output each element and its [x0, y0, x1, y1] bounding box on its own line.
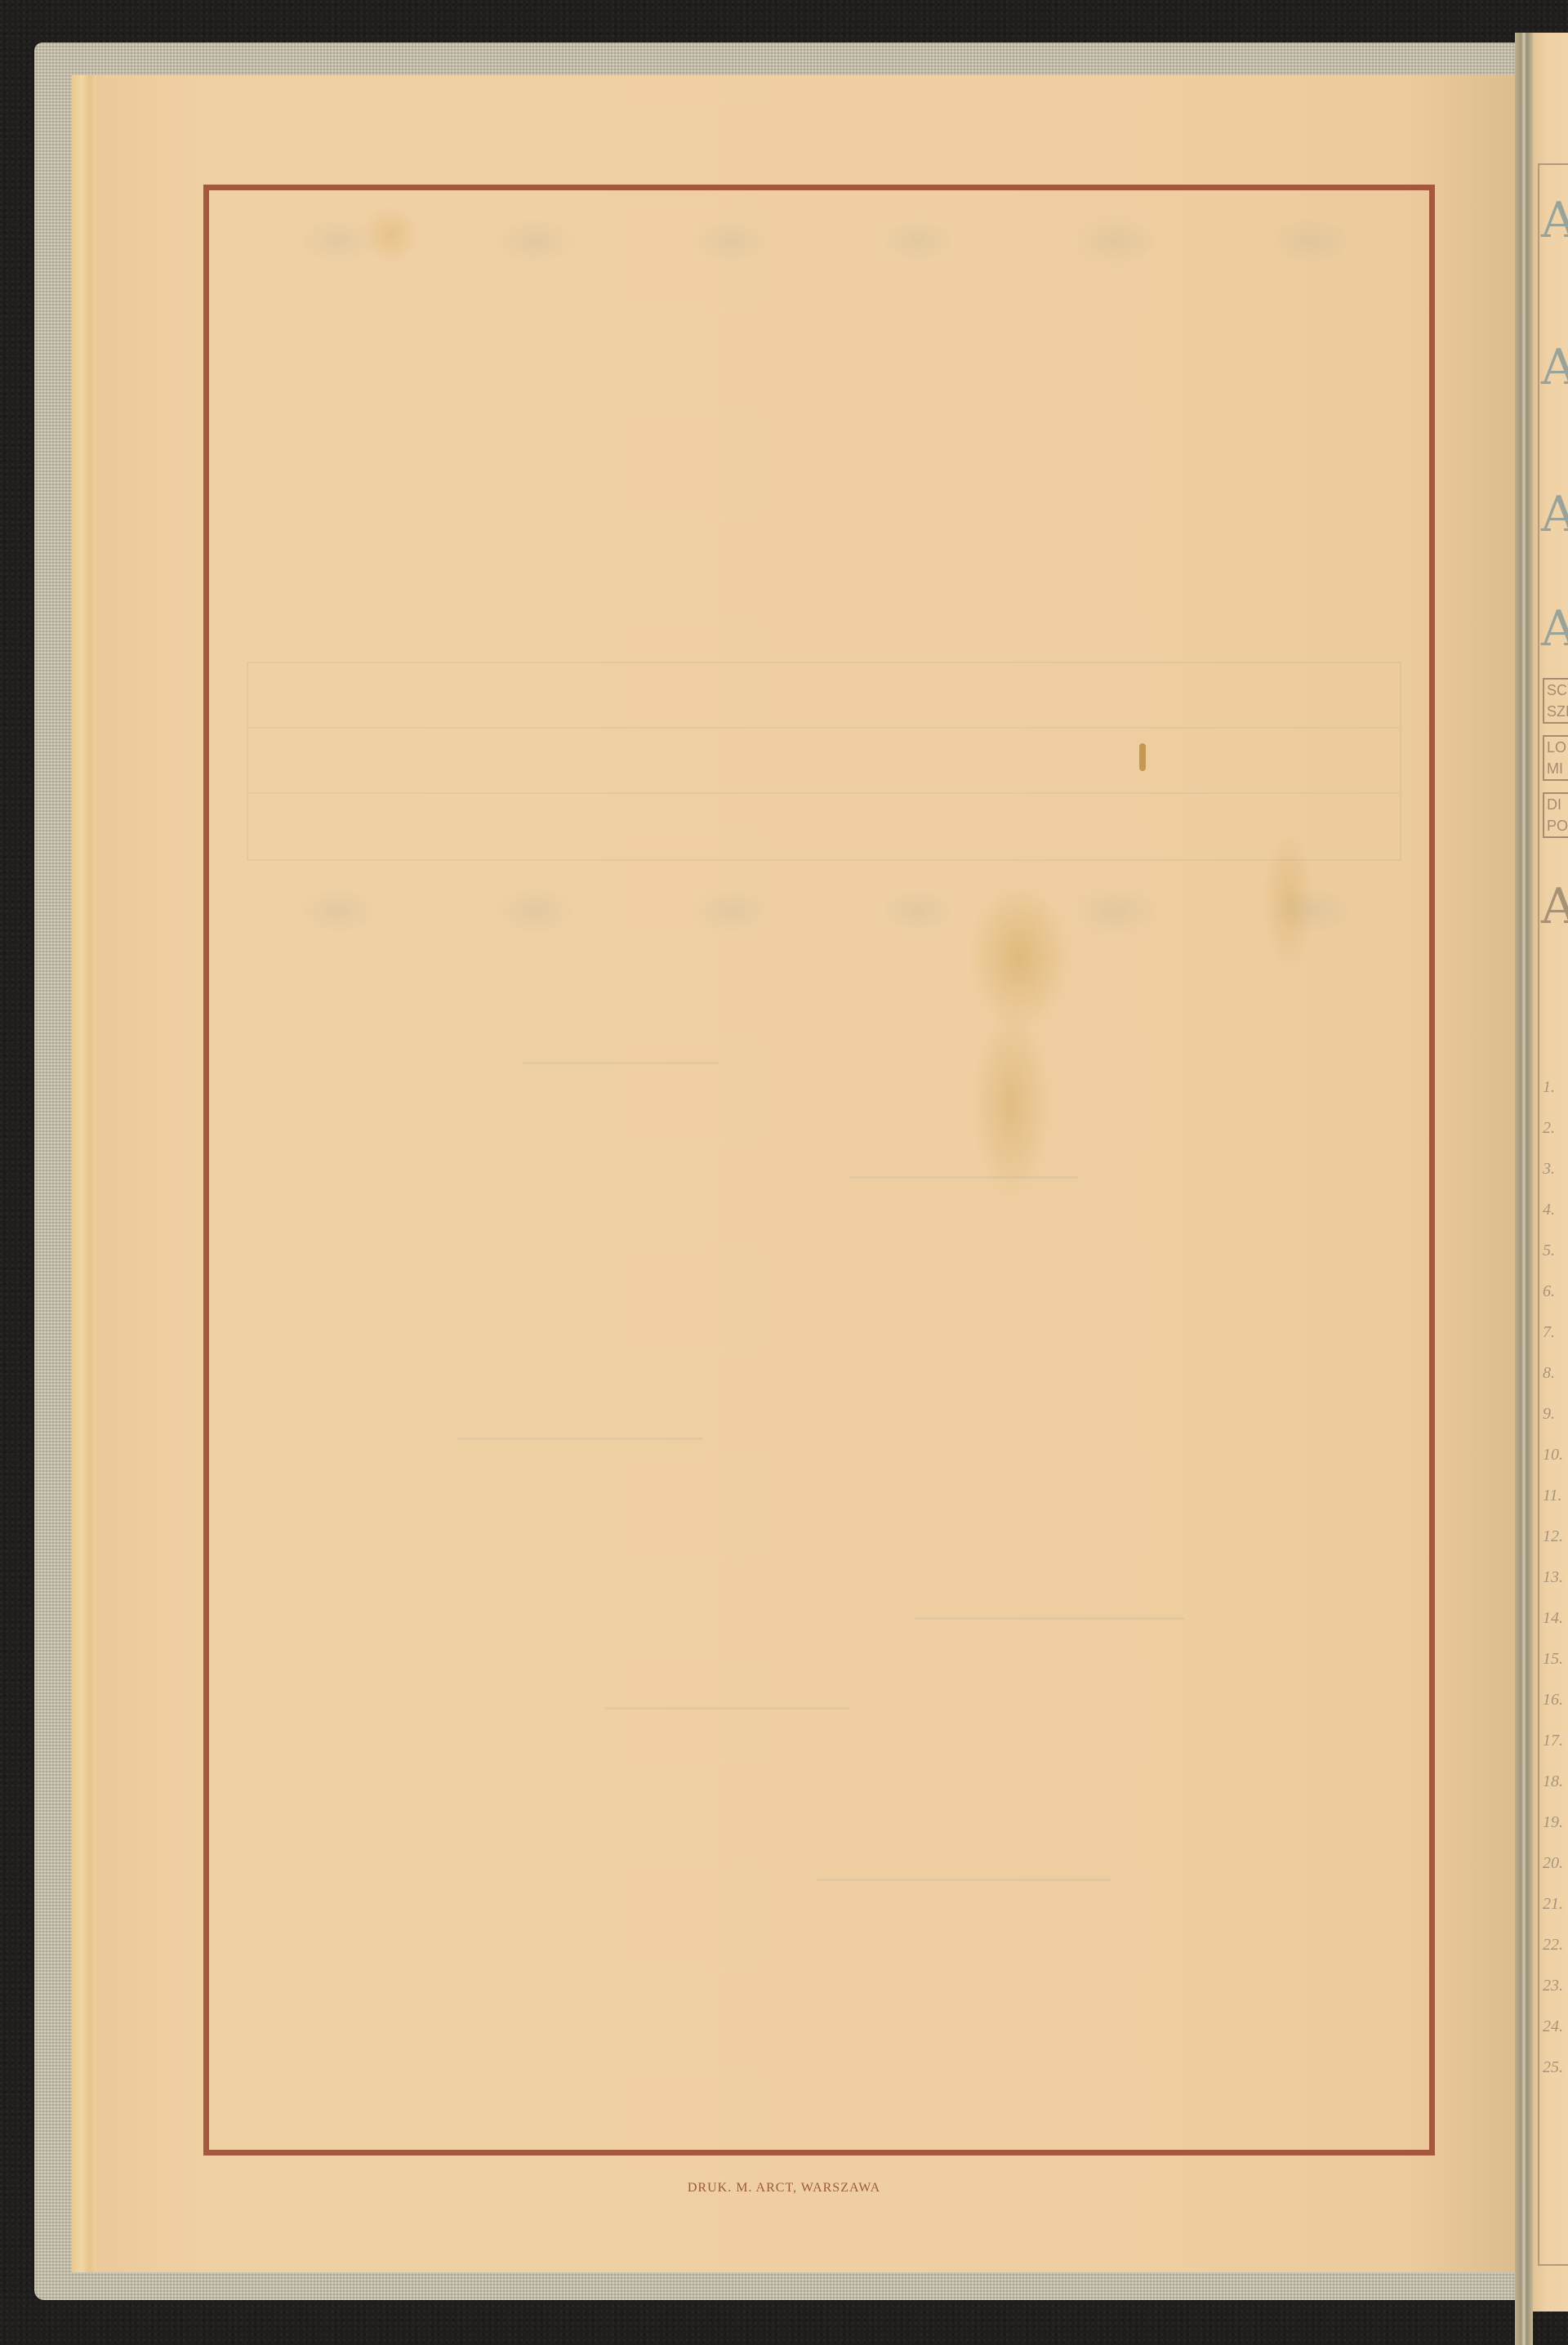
- list-item: 22.: [1543, 1936, 1568, 1977]
- ornamental-letter-icon: A: [1541, 196, 1568, 245]
- ornamental-letter-icon: A: [1541, 604, 1568, 653]
- list-item: 1.: [1543, 1078, 1568, 1119]
- list-item: 7.: [1543, 1323, 1568, 1364]
- list-item: 18.: [1543, 1772, 1568, 1813]
- neighbor-box-label: SCHSZK: [1543, 678, 1568, 724]
- list-item: 20.: [1543, 1854, 1568, 1895]
- page-border-frame: [203, 185, 1435, 2156]
- neighbor-box-label: DIPO: [1543, 792, 1568, 838]
- ornamental-letter-icon: A: [1541, 343, 1568, 392]
- list-item: 5.: [1543, 1242, 1568, 1282]
- list-item: 9.: [1543, 1405, 1568, 1446]
- list-item: 19.: [1543, 1813, 1568, 1854]
- list-item: 24.: [1543, 2017, 1568, 2058]
- list-item: 4.: [1543, 1201, 1568, 1242]
- list-item: 10.: [1543, 1446, 1568, 1487]
- list-item: 6.: [1543, 1282, 1568, 1323]
- list-item: 16.: [1543, 1691, 1568, 1732]
- ornamental-letter-icon: A: [1541, 882, 1568, 931]
- list-item: 23.: [1543, 1977, 1568, 2017]
- printer-imprint: DRUK. M. ARCT, WARSZAWA: [0, 2181, 1568, 2196]
- neighbor-page-edge: A A A A SCHSZK LOMI DIPO A 1. 2. 3. 4. 5…: [1533, 33, 1568, 2312]
- neighbor-box-label: LOMI: [1543, 735, 1568, 781]
- list-item: 11.: [1543, 1487, 1568, 1527]
- list-item: 13.: [1543, 1568, 1568, 1609]
- list-item: 25.: [1543, 2058, 1568, 2099]
- book-gutter: [1515, 33, 1533, 2345]
- list-item: 15.: [1543, 1650, 1568, 1691]
- list-item: 14.: [1543, 1609, 1568, 1650]
- list-item: 3.: [1543, 1160, 1568, 1201]
- ornamental-letter-icon: A: [1541, 490, 1568, 539]
- list-item: 17.: [1543, 1732, 1568, 1772]
- list-item: 21.: [1543, 1895, 1568, 1936]
- list-item: 8.: [1543, 1364, 1568, 1405]
- neighbor-numbered-list: 1. 2. 3. 4. 5. 6. 7. 8. 9. 10. 11. 12. 1…: [1543, 1078, 1568, 2099]
- list-item: 2.: [1543, 1119, 1568, 1160]
- list-item: 12.: [1543, 1527, 1568, 1568]
